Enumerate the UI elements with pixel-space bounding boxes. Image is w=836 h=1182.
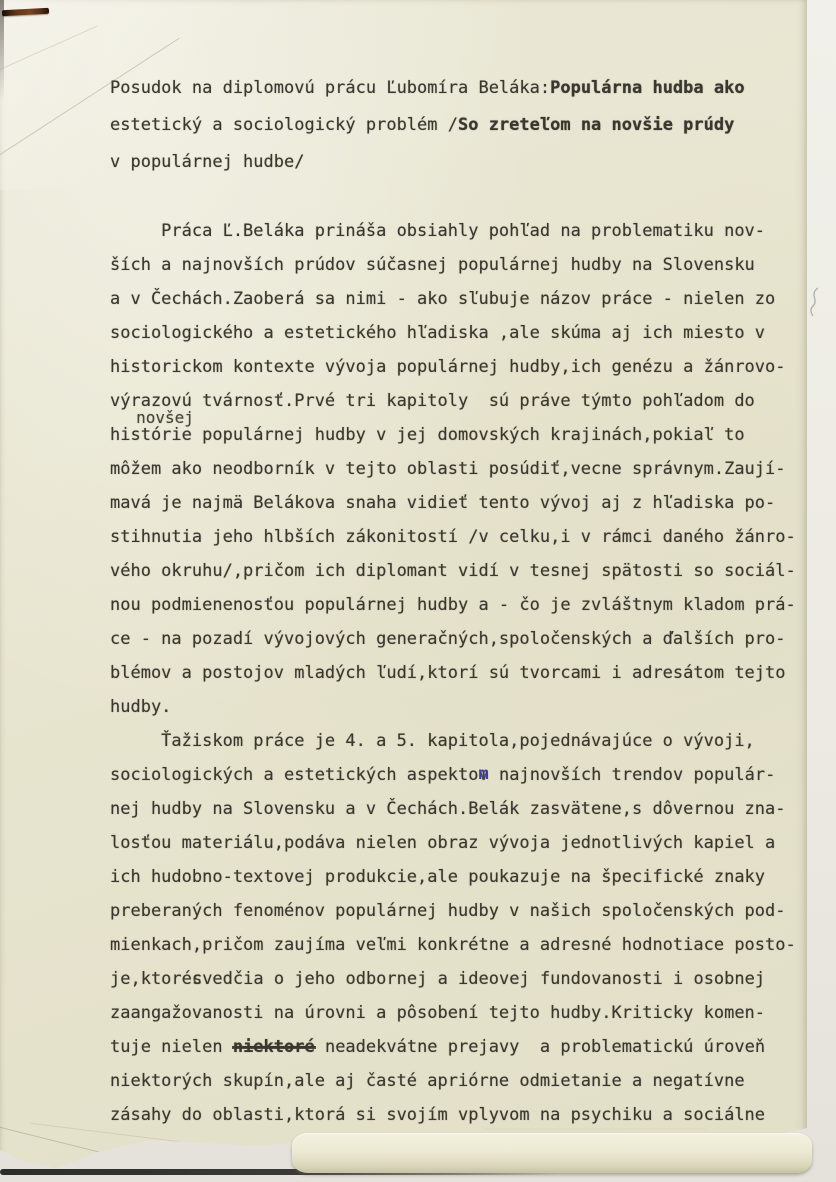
typewritten-body: Práca Ľ.Beláka prináša obsiahly pohľad n…: [110, 214, 796, 1132]
typewriter-text: Posudok na diplomovú prácu Ľubomíra Belá…: [110, 78, 550, 98]
typewriter-text: sociologických a estetických aspekto: [110, 765, 478, 785]
typewriter-text: tuje nielen: [110, 1037, 233, 1057]
typewriter-text: estetický a sociologický problém /: [110, 115, 458, 135]
text-line: Posudok na diplomovú prácu Ľubomíra Belá…: [110, 70, 745, 107]
text-line: histórie novšejpopulárnej hudby v jej do…: [110, 418, 796, 452]
blue-text: m: [479, 757, 489, 791]
typewriter-text: niektorých skupín,ale aj časté apriórne …: [110, 1071, 745, 1091]
typewritten-title: Posudok na diplomovú prácu Ľubomíra Belá…: [110, 70, 745, 181]
typewriter-text: svedčia o jeho odbornej a ideovej fundov…: [192, 969, 765, 989]
text-line: stihnutia jeho hlbších zákonitostí /v ce…: [110, 520, 796, 554]
bold-text: So zreteľom na novšie prúdy: [458, 115, 734, 135]
curled-page-edge: [292, 1133, 812, 1173]
text-line: blémov a postojov mladých ľudí,ktorí sú …: [110, 656, 796, 690]
text-line: je,ktorécsvedčia o jeho odbornej a ideov…: [110, 962, 796, 996]
text-line: sociologických a estetických aspektovm n…: [110, 758, 796, 792]
typewriter-text: mavá je najmä Belákova snaha vidieť tent…: [110, 493, 775, 513]
typewriter-text: môžem ako neodborník v tejto oblasti pos…: [110, 459, 786, 479]
text-line: preberaných fenoménov populárnej hudby v…: [110, 894, 796, 928]
text-line: Práca Ľ.Beláka prináša obsiahly pohľad n…: [110, 214, 796, 248]
text-line: losťou materiálu,podáva nielen obraz výv…: [110, 826, 796, 860]
text-line: ich hudobno-textovej produkcie,ale pouka…: [110, 860, 796, 894]
typewriter-text: losťou materiálu,podáva nielen obraz výv…: [110, 833, 775, 853]
text-line: zaangažovanosti na úrovni a pôsobení tej…: [110, 996, 796, 1030]
overtype-text: c: [192, 969, 202, 989]
text-line: estetický a sociologický problém /So zre…: [110, 107, 745, 144]
text-line: mavá je najmä Belákova snaha vidieť tent…: [110, 486, 796, 520]
typewriter-text: zaangažovanosti na úrovni a pôsobení tej…: [110, 1003, 765, 1023]
typewriter-text: je,ktoré: [110, 969, 192, 989]
typewriter-text: nej hudby na Slovensku a v Čechách.Belák…: [110, 799, 786, 819]
text-line: a v Čechách.Zaoberá sa nimi - ako sľubuj…: [110, 282, 796, 316]
inserted-word-above-line: novšej: [136, 401, 194, 435]
text-line: Ťažiskom práce je 4. a 5. kapitola,pojed…: [110, 724, 796, 758]
typewriter-text: výrazovú tvárnosť.Prvé tri kapitoly sú p…: [110, 391, 755, 411]
text-line: tuje nielen niektoré neadekvátne prejavy…: [110, 1030, 796, 1064]
pencil-mark: [806, 286, 822, 318]
text-line: výrazovú tvárnosť.Prvé tri kapitoly sú p…: [110, 384, 796, 418]
text-line: zásahy do oblasti,ktorá si svojím vplyvo…: [110, 1098, 796, 1132]
typewriter-text: najnovších trendov populár-: [489, 765, 776, 785]
typewriter-text: ce - na pozadí vývojových generačných,sp…: [110, 629, 786, 649]
typewriter-text: Práca Ľ.Beláka prináša obsiahly pohľad n…: [110, 221, 765, 241]
text-line: sociologického a estetického hľadiska ,a…: [110, 316, 796, 350]
typewriter-text: nou podmienenosťou populárnej hudby a - …: [110, 595, 796, 615]
typewriter-text: neadekvátne prejavy a problematickú úrov…: [315, 1037, 765, 1057]
typewriter-text: v populárnej hudbe/: [110, 152, 304, 172]
typewriter-text: ich hudobno-textovej produkcie,ale pouka…: [110, 867, 765, 887]
text-line: ších a najnovších prúdov súčasnej populá…: [110, 248, 796, 282]
typewriter-text: zásahy do oblasti,ktorá si svojím vplyvo…: [110, 1105, 765, 1125]
text-line: nou podmienenosťou populárnej hudby a - …: [110, 588, 796, 622]
text-line: môžem ako neodborník v tejto oblasti pos…: [110, 452, 796, 486]
text-line: mienkach,pričom zaujíma veľmi konkrétne …: [110, 928, 796, 962]
text-line: v populárnej hudbe/: [110, 144, 745, 181]
typewriter-text: ších a najnovších prúdov súčasnej populá…: [110, 255, 755, 275]
typewriter-text: mienkach,pričom zaujíma veľmi konkrétne …: [110, 935, 796, 955]
typewriter-text: blémov a postojov mladých ľudí,ktorí sú …: [110, 663, 786, 683]
text-line: vého okruhu/,pričom ich diplomant vidí v…: [110, 554, 796, 588]
typewriter-text: hudby.: [110, 697, 171, 717]
typewriter-text: preberaných fenoménov populárnej hudby v…: [110, 901, 786, 921]
typewriter-text: vého okruhu/,pričom ich diplomant vidí v…: [110, 561, 796, 581]
text-line: historickom kontexte vývoja populárnej h…: [110, 350, 796, 384]
typewriter-text: stihnutia jeho hlbších zákonitostí /v ce…: [110, 527, 796, 547]
text-line: niektorých skupín,ale aj časté apriórne …: [110, 1064, 796, 1098]
bold-text: Populárna hudba ako: [550, 78, 744, 98]
strike-text: niektoré: [233, 1037, 315, 1057]
text-line: ce - na pozadí vývojových generačných,sp…: [110, 622, 796, 656]
text-line: hudby.: [110, 690, 796, 724]
typewriter-text: Ťažiskom práce je 4. a 5. kapitola,pojed…: [110, 731, 755, 751]
document-page: Posudok na diplomovú prácu Ľubomíra Belá…: [0, 0, 807, 1172]
text-line: nej hudby na Slovensku a v Čechách.Belák…: [110, 792, 796, 826]
typewriter-text: historickom kontexte vývoja populárnej h…: [110, 357, 786, 377]
typewriter-text: sociologického a estetického hľadiska ,a…: [110, 323, 765, 343]
typewriter-text: a v Čechách.Zaoberá sa nimi - ako sľubuj…: [110, 289, 775, 309]
typewriter-text: populárnej hudby v jej domovských krajin…: [202, 425, 744, 445]
